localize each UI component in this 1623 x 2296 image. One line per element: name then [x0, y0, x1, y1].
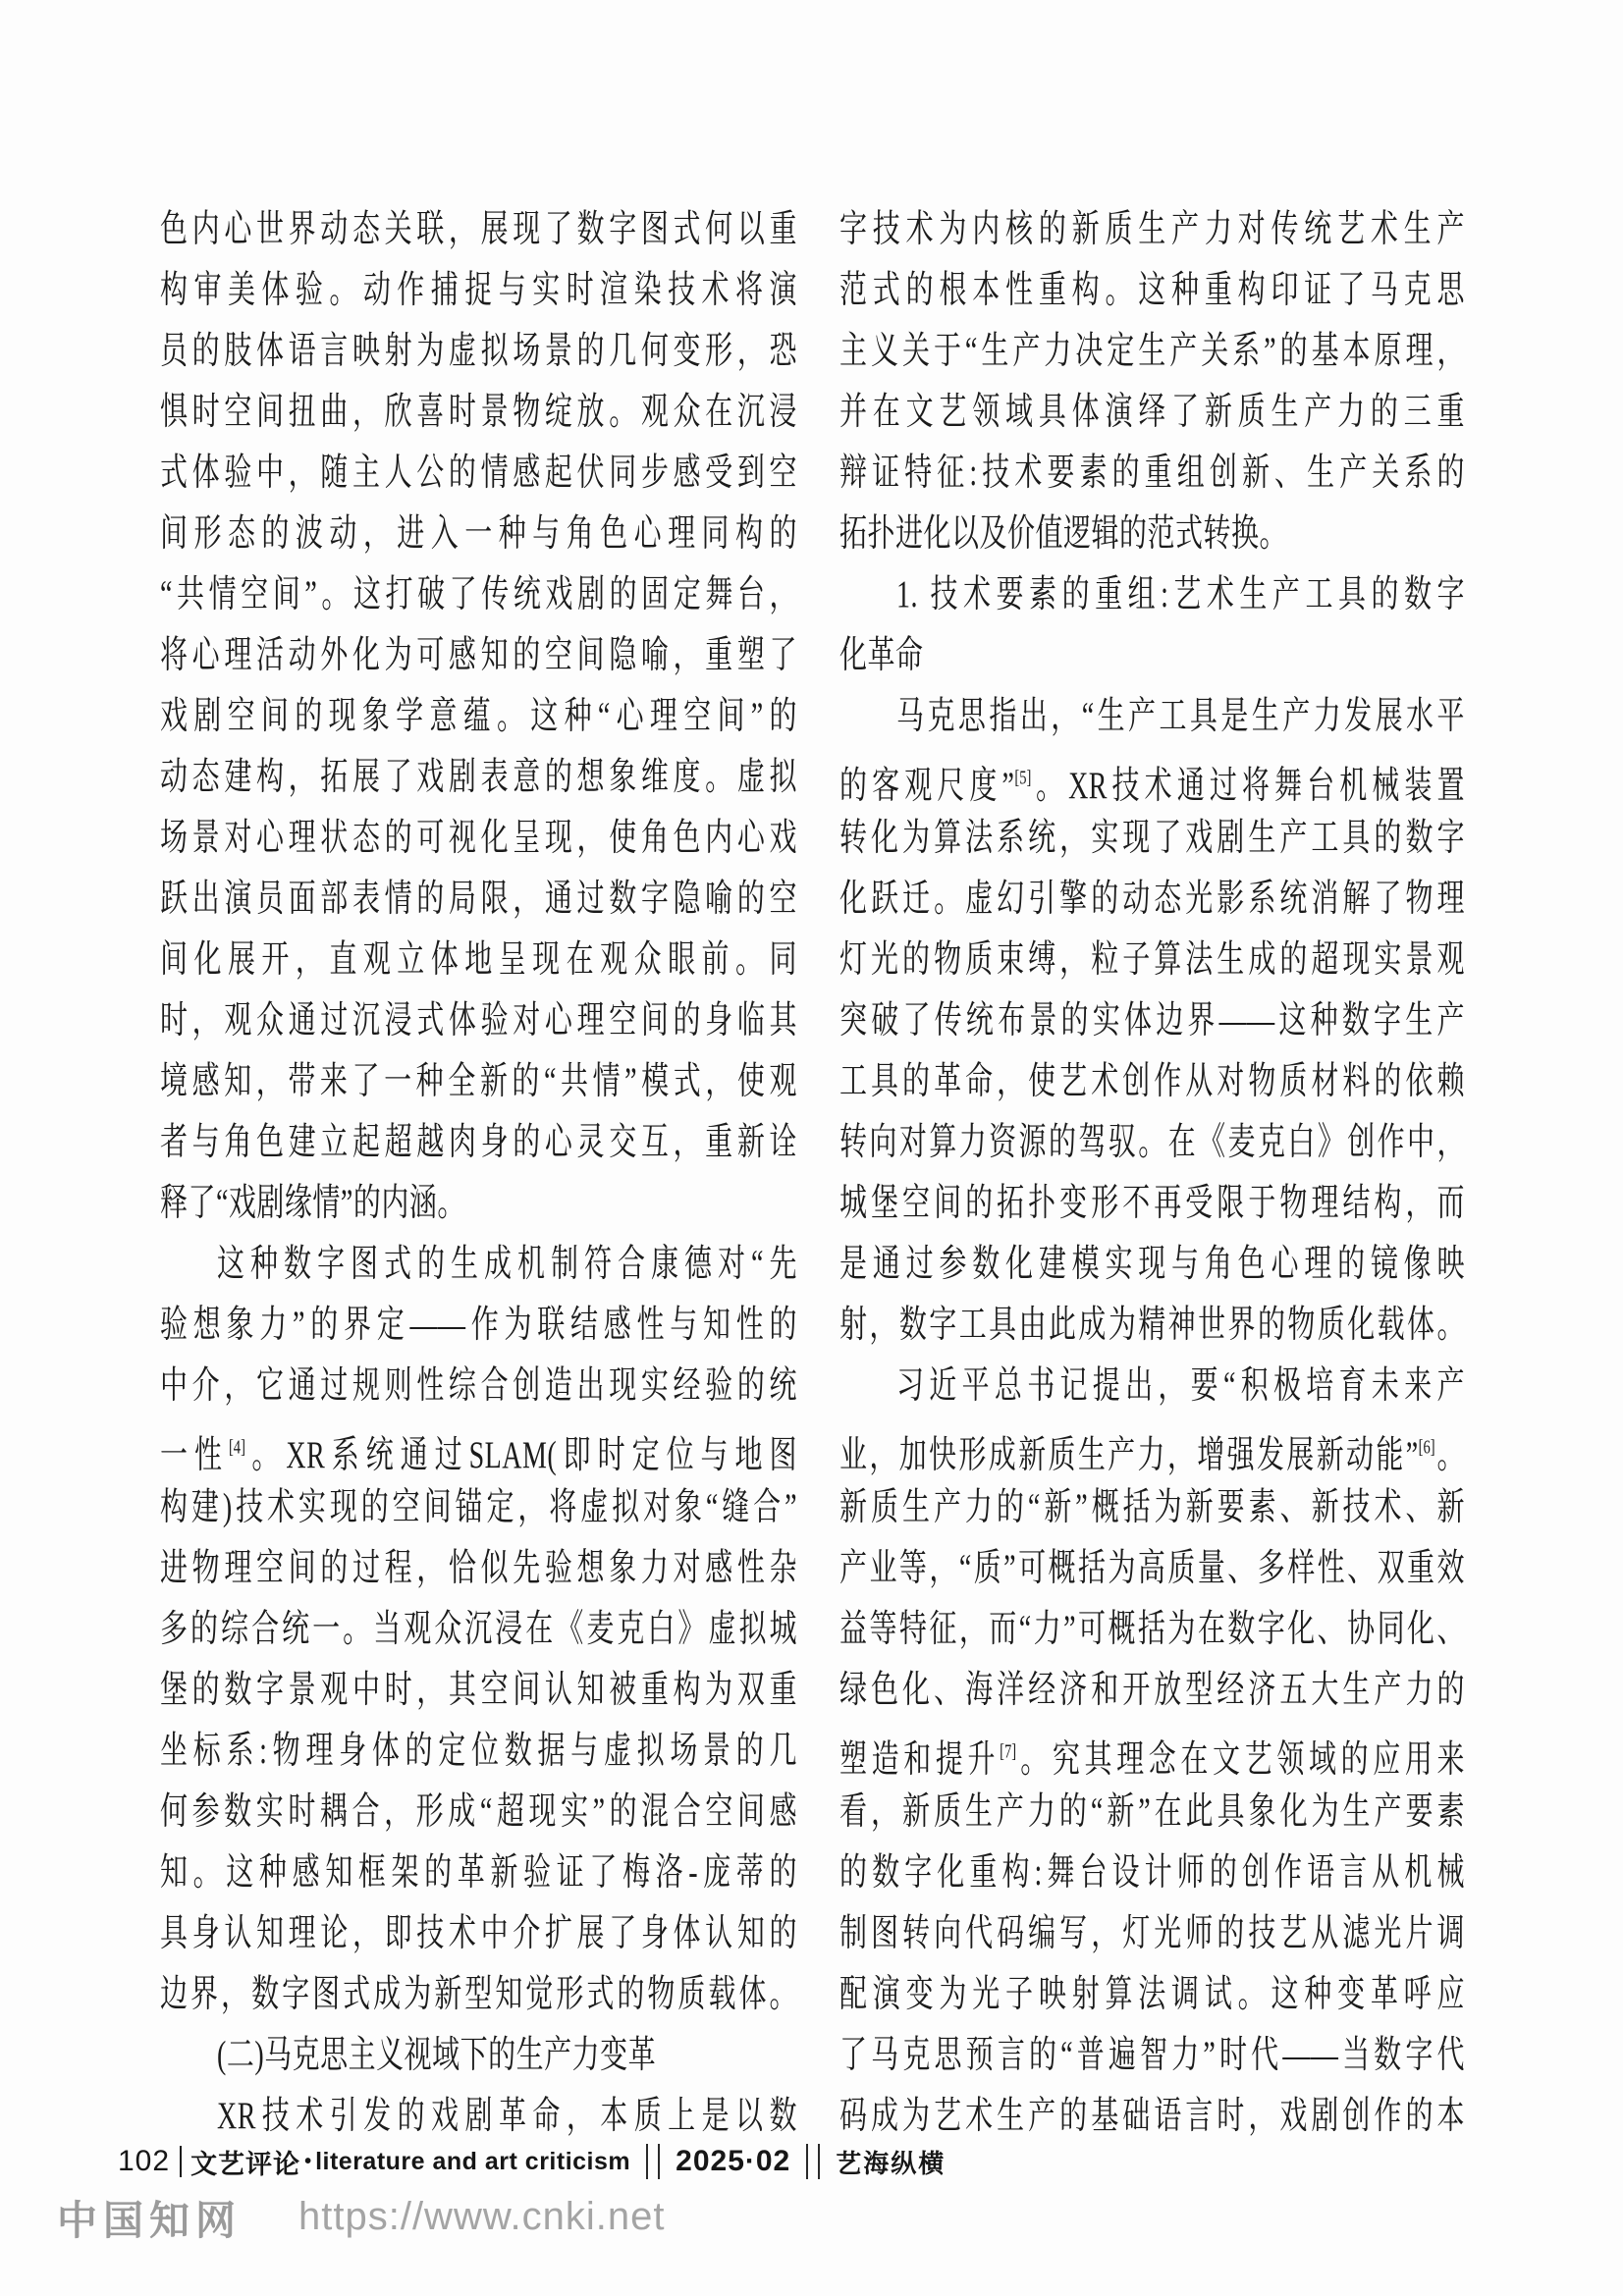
footer-double-bar — [646, 2144, 660, 2179]
journal-title-cn: 文艺评论 — [190, 2143, 300, 2181]
cnki-site-name: 中国知网 — [57, 2188, 242, 2246]
scanned-paper-page: 色内心世界动态关联，展现了数字图式何以重构审美体验。动作捕捉与实时渲染技术将演员… — [0, 0, 1623, 2296]
page-footer: 102 文艺评论 • literature and art criticism … — [118, 2143, 946, 2180]
article-column-right: 字技术为内核的新质生产力对传统艺术生产范式的根本性重构。这种重构印证了马克思主义… — [839, 200, 1465, 2148]
page-number: 102 — [118, 2145, 170, 2178]
bullet-separator-icon: • — [304, 2151, 311, 2173]
article-column-left: 色内心世界动态关联，展现了数字图式何以重构审美体验。动作捕捉与实时渲染技术将演员… — [160, 200, 797, 2148]
section-title: 艺海纵横 — [836, 2144, 946, 2180]
journal-title-en: literature and art criticism — [315, 2148, 630, 2176]
cnki-site-url: https://www.cnki.net — [298, 2195, 665, 2239]
cnki-watermark: 中国知网 https://www.cnki.net — [57, 2191, 665, 2242]
issue-number: 2025·02 — [676, 2145, 790, 2178]
footer-double-bar — [806, 2144, 820, 2179]
footer-divider-bar — [180, 2146, 182, 2177]
